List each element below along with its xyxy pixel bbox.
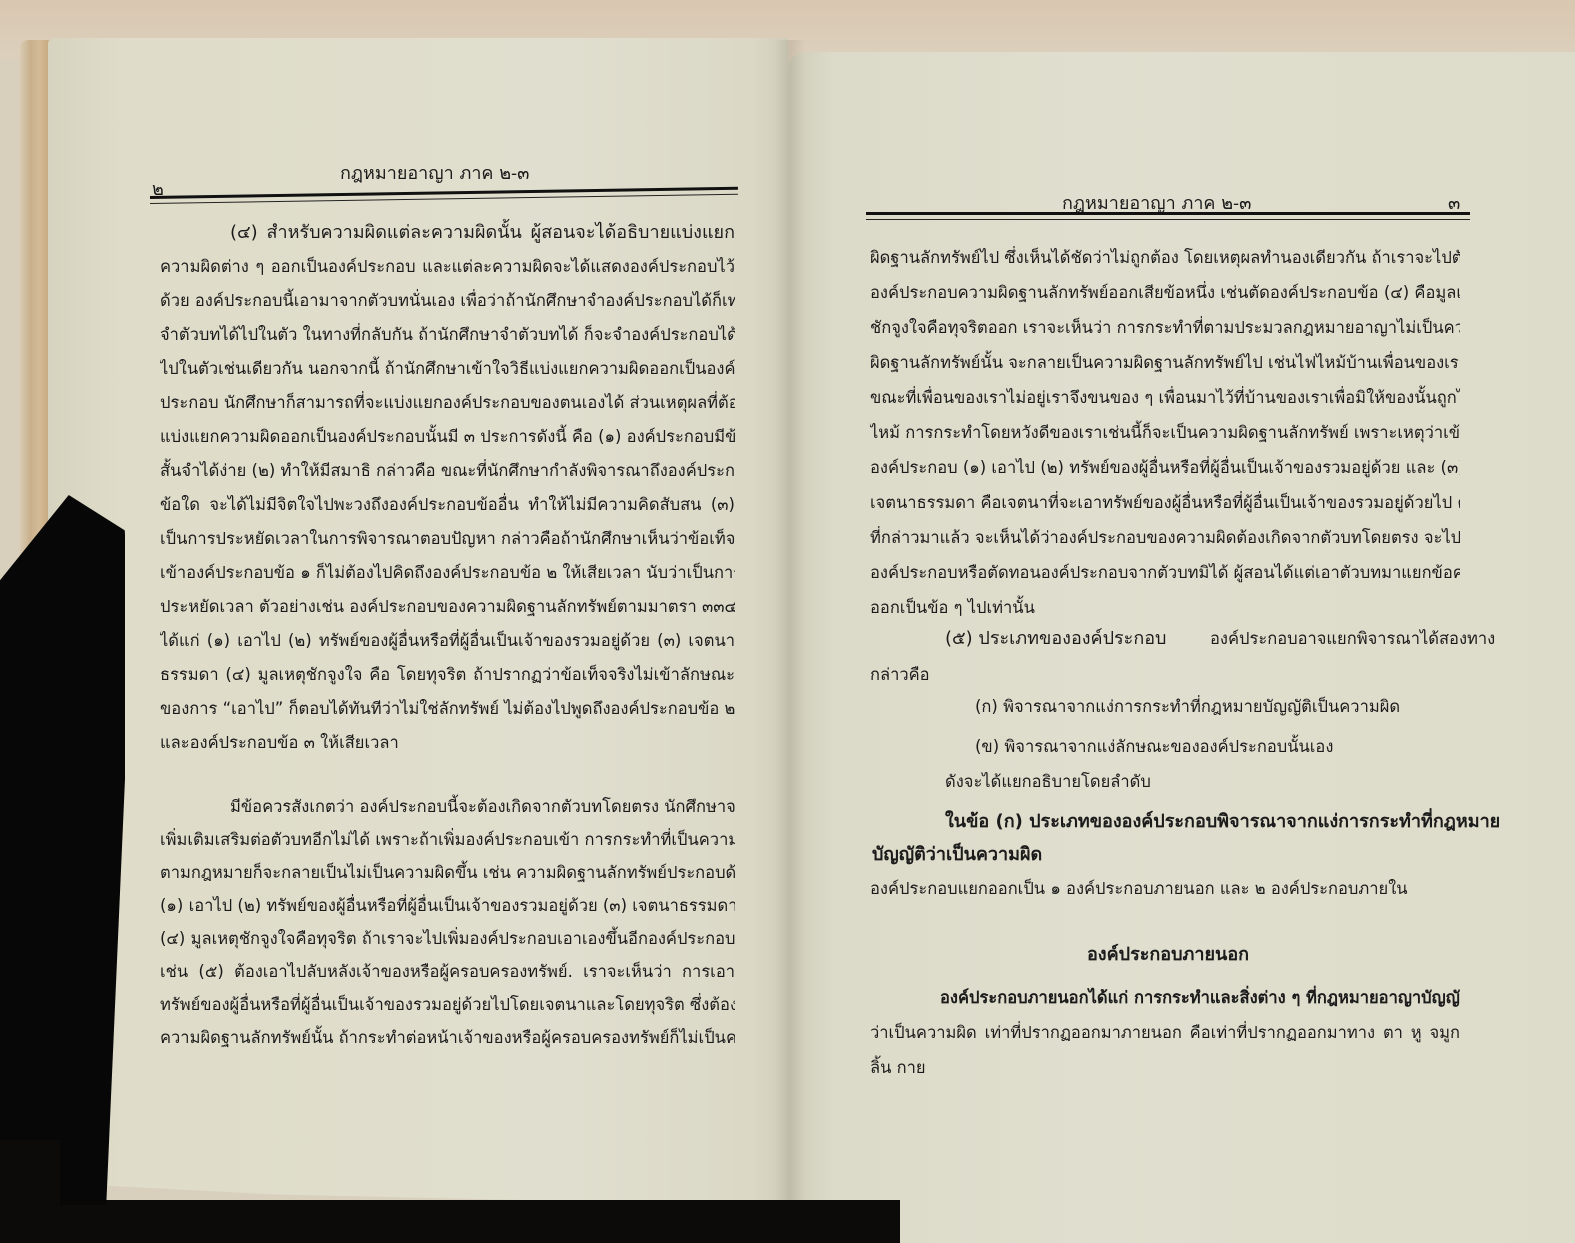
text-line: องค์ประกอบภายนอกได้แก่ การกระทำและสิ่งต่… <box>870 980 1460 1015</box>
final-paragraph: องค์ประกอบภายนอกได้แก่ การกระทำและสิ่งต่… <box>870 980 1460 1085</box>
text-line: (๔) มูลเหตุชักจูงใจคือทุจริต ถ้าเราจะไปเ… <box>160 922 735 955</box>
text-line: ผิดฐานลักทรัพย์ไป ซึ่งเห็นได้ชัดว่าไม่ถู… <box>870 240 1460 275</box>
section-5-heading: (๕) ประเภทขององค์ประกอบ <box>945 622 1166 656</box>
text-line: ที่กล่าวมาแล้ว จะเห็นได้ว่าองค์ประกอบของ… <box>870 520 1460 555</box>
text-line: ผิดฐานลักทรัพย์นั้น จะกลายเป็นความผิดฐาน… <box>870 345 1460 380</box>
list-item-a: (ก) พิจารณาจากแง่การกระทำที่กฎหมายบัญญัต… <box>975 690 1400 724</box>
text-line: องค์ประกอบ (๑) เอาไป (๒) ทรัพย์ของผู้อื่… <box>870 450 1460 485</box>
text-line: และองค์ประกอบข้อ ๓ ให้เสียเวลา <box>160 726 735 760</box>
text-line: ชักจูงใจคือทุจริตออก เราจะเห็นว่า การกระ… <box>870 310 1460 345</box>
text-line: องค์ประกอบความผิดฐานลักทรัพย์ออกเสียข้อห… <box>870 275 1460 310</box>
text-line: ว่าเป็นความผิด เท่าที่ปรากฏออกมาภายนอก ค… <box>870 1015 1460 1050</box>
text-line: สั้นจำได้ง่าย (๒) ทำให้มีสมาธิ กล่าวคือ … <box>160 454 735 488</box>
text-line: ความผิดฐานลักทรัพย์นั้น ถ้ากระทำต่อหน้าเ… <box>160 1021 735 1054</box>
after-list-text: ดังจะได้แยกอธิบายโดยลำดับ <box>945 765 1151 799</box>
text-line: (๔) สำหรับความผิดแต่ละความผิดนั้น ผู้สอน… <box>160 216 735 250</box>
text-line: เข้าองค์ประกอบข้อ ๑ ก็ไม่ต้องไปคิดถึงองค… <box>160 556 735 590</box>
section-5-text: องค์ประกอบอาจแยกพิจารณาได้สองทาง <box>1210 622 1495 656</box>
subsection-a-line-2: บัญญัติว่าเป็นความผิด <box>872 838 1042 872</box>
book-gutter <box>775 40 805 1243</box>
left-page-body: (๔) สำหรับความผิดแต่ละความผิดนั้น ผู้สอน… <box>160 216 735 760</box>
right-header-rule-thin <box>866 219 1470 220</box>
background-bottom-shadow <box>0 1200 900 1243</box>
text-line: เพิ่มเติมเสริมต่อตัวบทอีกไม่ได้ เพราะถ้า… <box>160 823 735 856</box>
text-line: ไปในตัวเช่นเดียวกัน นอกจากนี้ ถ้านักศึกษ… <box>160 352 735 386</box>
subsection-a-line-1: ในข้อ (ก) ประเภทขององค์ประกอบพิจารณาจากแ… <box>945 805 1500 839</box>
text-line: ความผิดต่าง ๆ ออกเป็นองค์ประกอบ และแต่ละ… <box>160 250 735 284</box>
right-header-rule <box>866 212 1470 215</box>
text-line: ตามกฎหมายก็จะกลายเป็นไม่เป็นความผิดขึ้น … <box>160 856 735 889</box>
text-line: ข้อใด จะได้ไม่มีจิตใจไปพะวงถึงองค์ประกอบ… <box>160 488 735 522</box>
text-line: ประหยัดเวลา ตัวอย่างเช่น องค์ประกอบของคว… <box>160 590 735 624</box>
left-page-paragraph-2: มีข้อควรสังเกตว่า องค์ประกอบนี้จะต้องเกิ… <box>160 790 735 1054</box>
thumb-holding-page <box>0 495 125 1205</box>
text-line: ธรรมดา (๔) มูลเหตุชักจูงใจ คือ โดยทุจริต… <box>160 658 735 692</box>
right-page-body: ผิดฐานลักทรัพย์ไป ซึ่งเห็นได้ชัดว่าไม่ถู… <box>870 240 1460 625</box>
text-line: ลิ้น กาย <box>870 1050 1460 1085</box>
list-item-b: (ข) พิจารณาจากแง่ลักษณะขององค์ประกอบนั้น… <box>975 730 1333 764</box>
text-line: ไหม้ การกระทำโดยหวังดีของเราเช่นนี้ก็จะเ… <box>870 415 1460 450</box>
text-line: มีข้อควรสังเกตว่า องค์ประกอบนี้จะต้องเกิ… <box>160 790 735 823</box>
thumb-base <box>0 1140 60 1243</box>
text-line: ของการ “เอาไป” ก็ตอบได้ทันทีว่าไม่ใช่ลัก… <box>160 692 735 726</box>
text-line: ได้แก่ (๑) เอาไป (๒) ทรัพย์ของผู้อื่นหรื… <box>160 624 735 658</box>
text-line: เจตนาธรรมดา คือเจตนาที่จะเอาทรัพย์ของผู้… <box>870 485 1460 520</box>
text-line: ออกเป็นข้อ ๆ ไปเท่านั้น <box>870 590 1460 625</box>
subsection-a-line-3: องค์ประกอบแยกออกเป็น ๑ องค์ประกอบภายนอก … <box>870 872 1408 906</box>
left-running-head: กฎหมายอาญา ภาค ๒-๓ <box>340 158 529 187</box>
text-line: จำตัวบทได้ไปในตัว ในทางที่กลับกัน ถ้านัก… <box>160 318 735 352</box>
text-line: เช่น (๕) ต้องเอาไปลับหลังเจ้าของหรือผู้ค… <box>160 955 735 988</box>
section-5-continuation: กล่าวคือ <box>870 658 930 692</box>
text-line: ประกอบ นักศึกษาก็สามารถที่จะแบ่งแยกองค์ป… <box>160 386 735 420</box>
text-line: (๑) เอาไป (๒) ทรัพย์ของผู้อื่นหรือที่ผู้… <box>160 889 735 922</box>
text-line: ทรัพย์ของผู้อื่นหรือที่ผู้อื่นเป็นเจ้าขอ… <box>160 988 735 1021</box>
text-line: แบ่งแยกความผิดออกเป็นองค์ประกอบนั้นมี ๓ … <box>160 420 735 454</box>
section-title: องค์ประกอบภายนอก <box>1087 938 1249 972</box>
text-line: ขณะที่เพื่อนของเราไม่อยู่เราจึงขนของ ๆ เ… <box>870 380 1460 415</box>
text-line: องค์ประกอบหรือตัดทอนองค์ประกอบจากตัวบทมิ… <box>870 555 1460 590</box>
text-line: เป็นการประหยัดเวลาในการพิจารณาตอบปัญหา ก… <box>160 522 735 556</box>
text-line: ด้วย องค์ประกอบนี้เอามาจากตัวบทนั่นเอง เ… <box>160 284 735 318</box>
